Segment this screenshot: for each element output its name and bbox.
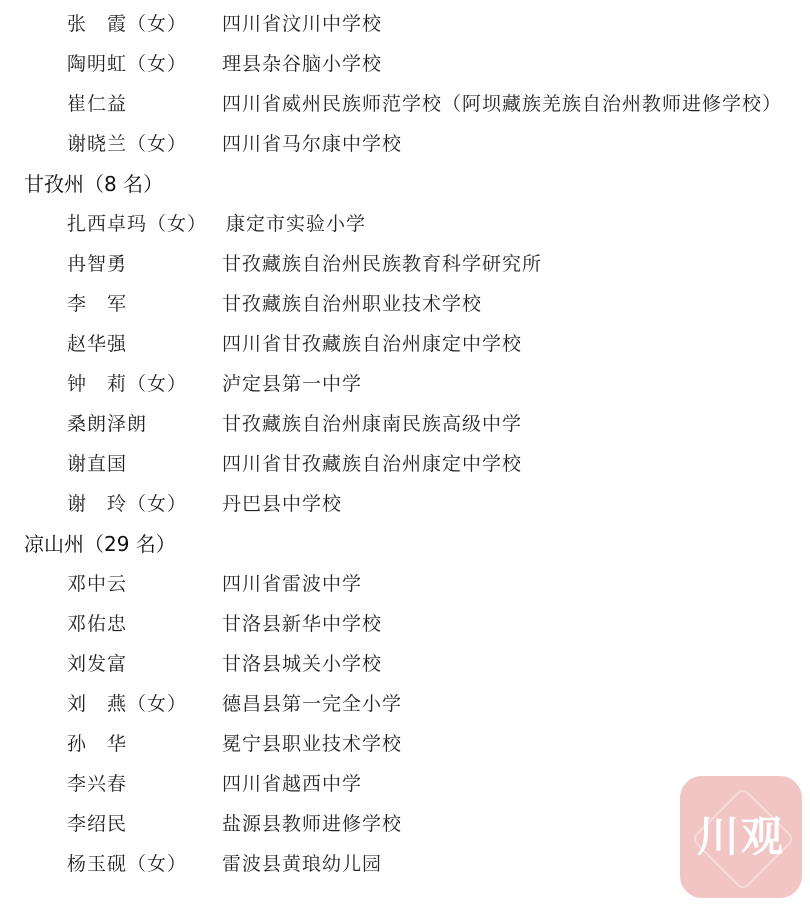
watermark-text: 川观 bbox=[680, 776, 802, 898]
person-name: 桑朗泽朗 bbox=[67, 404, 147, 444]
organization: 泸定县第一中学 bbox=[222, 364, 362, 404]
organization: 雷波县黄琅幼儿园 bbox=[222, 844, 382, 884]
organization: 甘孜藏族自治州康南民族高级中学 bbox=[222, 404, 522, 444]
person-name: 孙 华 bbox=[67, 724, 127, 764]
person-name: 刘发富 bbox=[67, 644, 127, 684]
organization: 盐源县教师进修学校 bbox=[222, 804, 402, 844]
organization: 理县杂谷脑小学校 bbox=[222, 44, 382, 84]
person-name: 扎西卓玛（女） bbox=[67, 204, 207, 244]
organization: 丹巴县中学校 bbox=[222, 484, 342, 524]
person-name: 谢晓兰（女） bbox=[67, 124, 187, 164]
organization: 甘洛县新华中学校 bbox=[222, 604, 382, 644]
chuanguan-logo-watermark: 川观 bbox=[680, 776, 802, 898]
organization: 四川省越西中学 bbox=[222, 764, 362, 804]
organization: 四川省威州民族师范学校（阿坝藏族羌族自治州教师进修学校） bbox=[222, 84, 782, 124]
person-name: 谢 玲（女） bbox=[67, 484, 187, 524]
person-name: 杨玉砚（女） bbox=[67, 844, 187, 884]
person-name: 李绍民 bbox=[67, 804, 127, 844]
person-name: 冉智勇 bbox=[67, 244, 127, 284]
person-name: 崔仁益 bbox=[67, 84, 127, 124]
person-name: 邓中云 bbox=[67, 564, 127, 604]
section-title-liangshan: 凉山州（29 名） bbox=[24, 524, 176, 564]
person-name: 李兴春 bbox=[67, 764, 127, 804]
section-title-ganzi: 甘孜州（8 名） bbox=[24, 164, 163, 204]
person-name: 张 霞（女） bbox=[67, 4, 187, 44]
person-name: 邓佑忠 bbox=[67, 604, 127, 644]
person-name: 钟 莉（女） bbox=[67, 364, 187, 404]
organization: 四川省雷波中学 bbox=[222, 564, 362, 604]
organization: 冕宁县职业技术学校 bbox=[222, 724, 402, 764]
organization: 四川省马尔康中学校 bbox=[222, 124, 402, 164]
organization: 四川省甘孜藏族自治州康定中学校 bbox=[222, 324, 522, 364]
organization: 德昌县第一完全小学 bbox=[222, 684, 402, 724]
organization: 四川省甘孜藏族自治州康定中学校 bbox=[222, 444, 522, 484]
organization: 甘孜藏族自治州民族教育科学研究所 bbox=[222, 244, 542, 284]
organization: 甘孜藏族自治州职业技术学校 bbox=[222, 284, 482, 324]
person-name: 刘 燕（女） bbox=[67, 684, 187, 724]
person-name: 陶明虹（女） bbox=[67, 44, 187, 84]
organization: 甘洛县城关小学校 bbox=[222, 644, 382, 684]
organization: 康定市实验小学 bbox=[226, 204, 366, 244]
person-name: 李 军 bbox=[67, 284, 127, 324]
organization: 四川省汶川中学校 bbox=[222, 4, 382, 44]
person-name: 谢直国 bbox=[67, 444, 127, 484]
person-name: 赵华强 bbox=[67, 324, 127, 364]
